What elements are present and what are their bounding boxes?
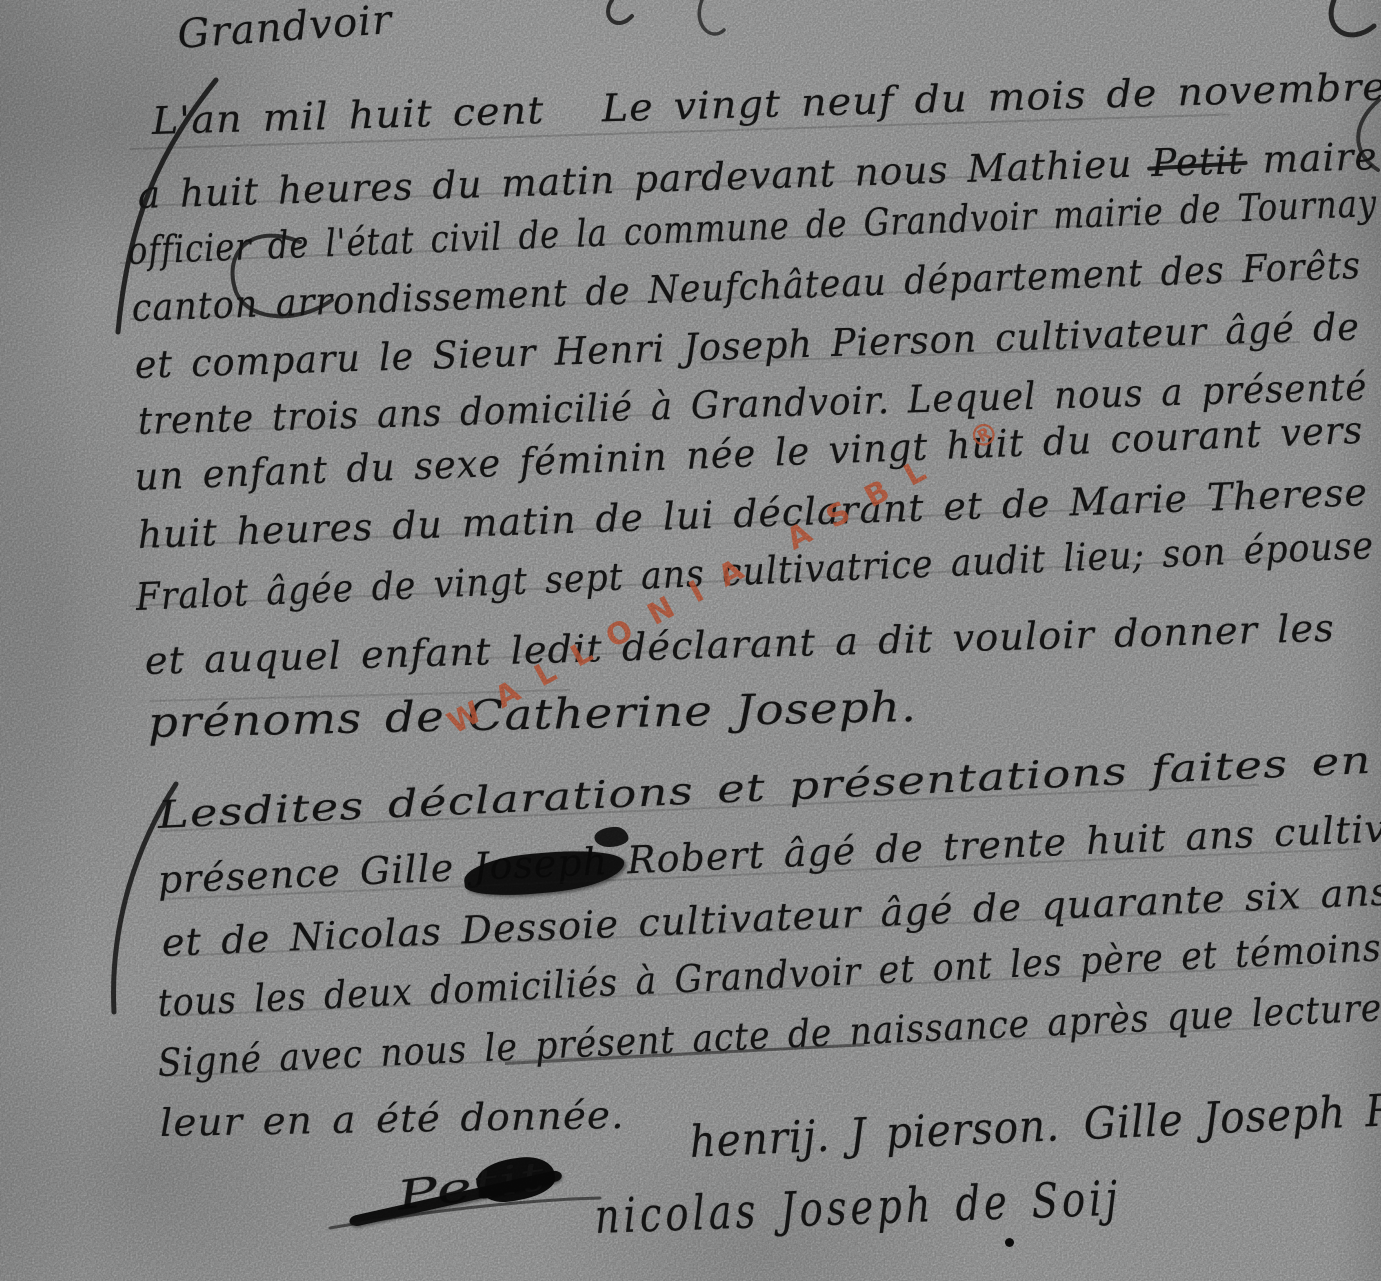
handwritten-line: L'an mil huit centLe vingt neuf du mois … (151, 62, 1381, 146)
ink-dot (1005, 1238, 1014, 1247)
handwritten-line: henrij. J pierson.Gille Joseph Rob (689, 1084, 1381, 1168)
struck-through-text: Petit (1150, 138, 1244, 185)
handwritten-line: leur en a été donnée. (159, 1090, 624, 1148)
handwritten-line: Grandvoir (176, 0, 394, 60)
signature: nicolas Joseph de Soij (594, 1171, 1122, 1245)
signature-gap (1060, 1137, 1084, 1140)
handwritten-line: et auquel enfant ledit déclarant a dit v… (144, 603, 1335, 686)
text-segment: L'an mil huit cent (151, 88, 545, 143)
text-segment: leur en a été donnée. (160, 1093, 625, 1145)
handwritten-line: nicolas Joseph de Soij (594, 1174, 1122, 1242)
handwritten-line: Petit (394, 1151, 549, 1221)
text-segment: et auquel enfant ledit déclarant a dit v… (144, 606, 1335, 683)
signature-struck: Petit (394, 1153, 549, 1219)
signature: Gille Joseph Rob (1083, 1083, 1381, 1151)
place-heading: Grandvoir (176, 0, 394, 58)
fill-in-gap (545, 119, 603, 123)
signature: henrij. J pierson. (689, 1100, 1061, 1168)
scanned-birth-record: GrandvoirL'an mil huit centLe vingt neuf… (0, 0, 1381, 1281)
text-segment: maire (1243, 134, 1378, 182)
handwriting-layer: GrandvoirL'an mil huit centLe vingt neuf… (0, 0, 1381, 1281)
